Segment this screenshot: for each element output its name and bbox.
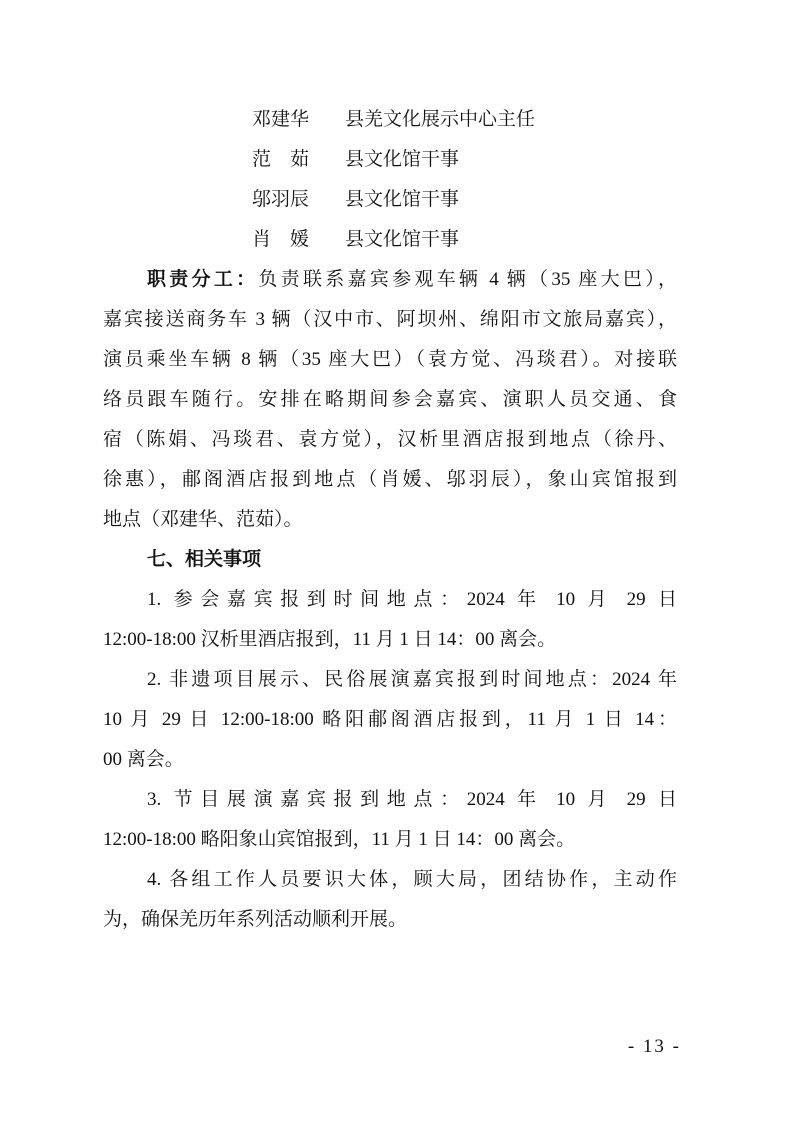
- duty-paragraph-line: 嘉宾接送商务车 3 辆（汉中市、阿坝州、绵阳市文旅局嘉宾），: [103, 300, 677, 340]
- duty-paragraph-line: 地点（邓建华、范茹）。: [103, 500, 677, 540]
- list-item-line: 4. 各组工作人员要识大体，顾大局，团结协作，主动作: [103, 860, 677, 900]
- page-number: - 13 -: [628, 1033, 681, 1061]
- list-item-line: 2. 非遗项目展示、民俗展演嘉宾报到时间地点：2024 年: [103, 660, 677, 700]
- list-item-line: 3. 节目展演嘉宾报到地点：2024 年 10 月 29 日: [103, 780, 677, 820]
- duty-paragraph-line: 宿（陈娟、冯琰君、袁方觉），汉析里酒店报到地点（徐丹、: [103, 420, 677, 460]
- person-name: 范 茹: [252, 140, 345, 180]
- person-name: 邓建华: [252, 100, 345, 140]
- person-title: 县羌文化展示中心主任: [345, 109, 535, 130]
- list-item-line: 为，确保羌历年系列活动顺利开展。: [103, 900, 677, 940]
- duty-paragraph-line: 徐惠），郙阁酒店报到地点（肖媛、邬羽辰），象山宾馆报到: [103, 460, 677, 500]
- roster-row: 肖 媛县文化馆干事: [103, 220, 677, 260]
- person-name: 邬羽辰: [252, 180, 345, 220]
- duty-lead-label: 职责分工：: [147, 269, 258, 290]
- duty-paragraph-line: 演员乘坐车辆 8 辆（35 座大巴）（袁方觉、冯琰君）。对接联: [103, 340, 677, 380]
- person-title: 县文化馆干事: [345, 149, 459, 170]
- roster-row: 邓建华县羌文化展示中心主任: [103, 100, 677, 140]
- list-item-line: 00 离会。: [103, 740, 677, 780]
- roster-row: 范 茹县文化馆干事: [103, 140, 677, 180]
- section-heading: 七、相关事项: [103, 540, 677, 580]
- list-item-line: 1. 参会嘉宾报到时间地点：2024 年 10 月 29 日: [103, 580, 677, 620]
- duty-line-text: 负责联系嘉宾参观车辆 4 辆（35 座大巴），: [258, 269, 677, 290]
- list-item-line: 10 月 29 日 12:00-18:00 略阳郙阁酒店报到，11 月 1 日 …: [103, 700, 677, 740]
- person-name: 肖 媛: [252, 220, 345, 260]
- document-body: 邓建华县羌文化展示中心主任 范 茹县文化馆干事 邬羽辰县文化馆干事 肖 媛县文化…: [103, 100, 677, 940]
- document-page: 邓建华县羌文化展示中心主任 范 茹县文化馆干事 邬羽辰县文化馆干事 肖 媛县文化…: [0, 0, 793, 1122]
- duty-paragraph-line: 络员跟车随行。安排在略期间参会嘉宾、演职人员交通、食: [103, 380, 677, 420]
- person-title: 县文化馆干事: [345, 189, 459, 210]
- list-item-line: 12:00-18:00 汉析里酒店报到，11 月 1 日 14：00 离会。: [103, 620, 677, 660]
- duty-paragraph-line: 职责分工：负责联系嘉宾参观车辆 4 辆（35 座大巴），: [103, 260, 677, 300]
- list-item-line: 12:00-18:00 略阳象山宾馆报到，11 月 1 日 14：00 离会。: [103, 820, 677, 860]
- roster-row: 邬羽辰县文化馆干事: [103, 180, 677, 220]
- person-title: 县文化馆干事: [345, 229, 459, 250]
